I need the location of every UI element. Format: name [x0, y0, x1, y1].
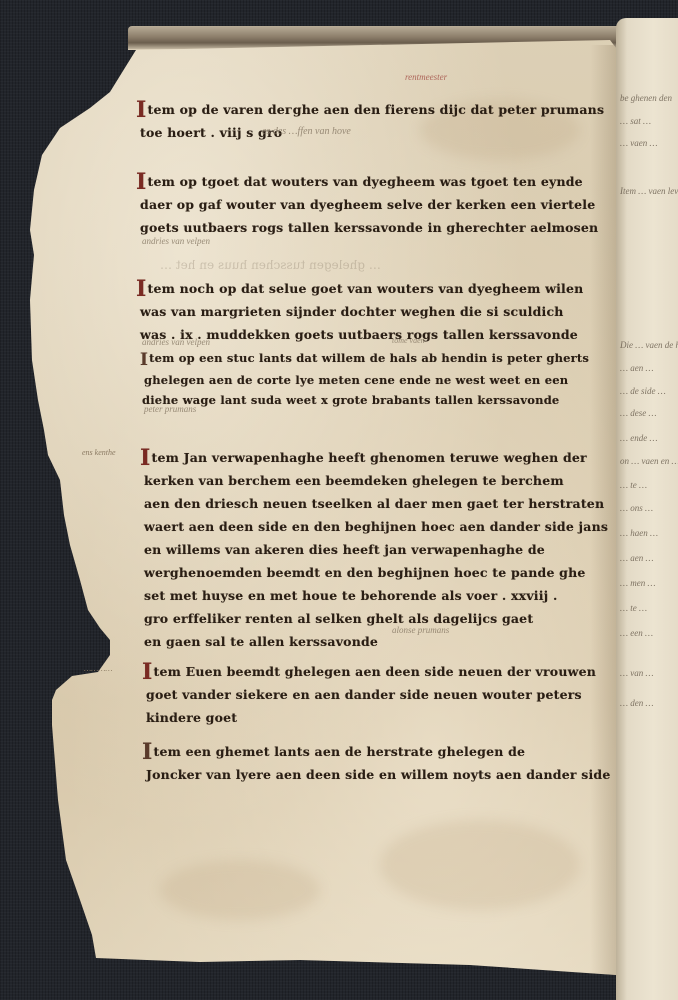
text-line: diehe wage lant suda weet x grote braban…	[142, 393, 559, 407]
text-line: tem Euen beemdt ghelegen aen deen side n…	[154, 664, 597, 679]
facing-line: Item … vaen lever	[620, 186, 678, 196]
margin-note: …………	[84, 664, 112, 673]
interlinear-gloss: es des …ffen van hove	[262, 126, 351, 137]
gloss-below: andries van velpen	[142, 337, 210, 347]
initial: I	[140, 350, 148, 370]
text-line: Joncker van lyere aen deen side en wille…	[146, 767, 610, 782]
text-line: gro erffeliker renten al selken ghelt al…	[144, 611, 533, 626]
text-line: was van margrieten sijnder dochter weghe…	[140, 304, 564, 319]
text-line: werghenoemden beemdt en den beghijnen ho…	[144, 565, 586, 580]
facing-line: … de side …	[620, 386, 666, 396]
facing-line: … dese …	[620, 408, 657, 418]
rubric-initial: I	[136, 172, 147, 192]
text-line: set met huyse en met houe te behorende a…	[144, 588, 558, 603]
facing-line: … ons …	[620, 503, 653, 513]
rubric-initial: I	[140, 448, 151, 468]
facing-line: on … vaen en …	[620, 456, 678, 466]
facing-line: … te …	[620, 603, 647, 613]
text-line: daer op gaf wouter van dyegheem selve de…	[140, 197, 595, 212]
text-line: tem een ghemet lants aen de herstrate gh…	[154, 744, 526, 759]
gloss-end: alonse prumans	[392, 625, 449, 635]
facing-line: … aen …	[620, 363, 654, 373]
gloss-below: peter prumans	[144, 404, 196, 414]
text-block: rentmeester Item op de varen dегghe aen …	[0, 0, 620, 1000]
text-line: tem Jan verwapenhaghe heeft ghenomen ter…	[152, 450, 587, 465]
superscript-gloss: rentmeester	[405, 72, 447, 82]
facing-line: be ghenen den	[620, 93, 672, 103]
text-line: tem op de varen dегghe aen den fierens d…	[148, 102, 605, 117]
text-line: kerken van berchem een beemdeken ghelege…	[144, 473, 564, 488]
text-line: tem op tgoet dat wouters van dyegheem wa…	[148, 174, 583, 189]
text-line: aen den driesch neuen tseelken al daer m…	[144, 496, 604, 511]
entry-2: Item op tgoet dat wouters van dyegheem w…	[136, 170, 598, 239]
facing-line: … haen …	[620, 528, 658, 538]
facing-line: … den …	[620, 698, 654, 708]
text-line: ghelegen aen de corte lye meten cene end…	[144, 373, 568, 387]
entry-4: Item op een stuc lants dat willem de hal…	[140, 348, 589, 410]
rubric-initial: I	[142, 742, 153, 762]
text-line: goets uutbaers rogs tallen kerssavonde i…	[140, 220, 598, 235]
gloss-below: andries van velpen	[142, 236, 210, 246]
entry-5: Item Jan verwapenhaghe heeft ghenomen te…	[140, 446, 608, 653]
entry-6: Item Euen beemdt ghelegen aen deen side …	[142, 660, 596, 729]
text-line: tem op een stuc lants dat willem de hals…	[149, 351, 589, 365]
superscript-gloss: tome vaen	[392, 336, 425, 345]
entry-1: Item op de varen dегghe aen den fierens …	[136, 98, 604, 144]
text-line: waert aen deen side en den beghijnen hoe…	[144, 519, 608, 534]
text-line: tem noch op dat selue goet van wouters v…	[148, 281, 584, 296]
text-line: goet vander siekere en aen dander side n…	[146, 687, 582, 702]
text-line: en gaen sal te allen kerssavonde	[144, 634, 378, 649]
show-through-text: … ghelegen tusschen huus en het …	[160, 258, 381, 272]
entry-7: Item een ghemet lants aen de herstrate g…	[142, 740, 610, 786]
facing-line: … te …	[620, 480, 647, 490]
entry-3: Item noch op dat selue goet van wouters …	[136, 277, 583, 346]
facing-line: … sat …	[620, 116, 651, 126]
facing-line: … van …	[620, 668, 654, 678]
facing-line: Die … vaen de h	[620, 340, 678, 350]
text-line: kindere goet	[146, 710, 237, 725]
text-line: toe hoert . viij s gro	[140, 125, 282, 140]
facing-line: … een …	[620, 628, 653, 638]
facing-line: … ende …	[620, 433, 658, 443]
text-line: en willems van akeren dies heeft jan ver…	[144, 542, 545, 557]
facing-line: … aen …	[620, 553, 654, 563]
facing-page: be ghenen den … sat … … vaen … Item … va…	[616, 18, 678, 1000]
rubric-initial: I	[142, 662, 153, 682]
margin-note: ens kenthe	[82, 448, 116, 457]
facing-line: … men …	[620, 578, 656, 588]
facing-line: … vaen …	[620, 138, 658, 148]
rubric-initial: I	[136, 279, 147, 299]
rubric-initial: I	[136, 100, 147, 120]
